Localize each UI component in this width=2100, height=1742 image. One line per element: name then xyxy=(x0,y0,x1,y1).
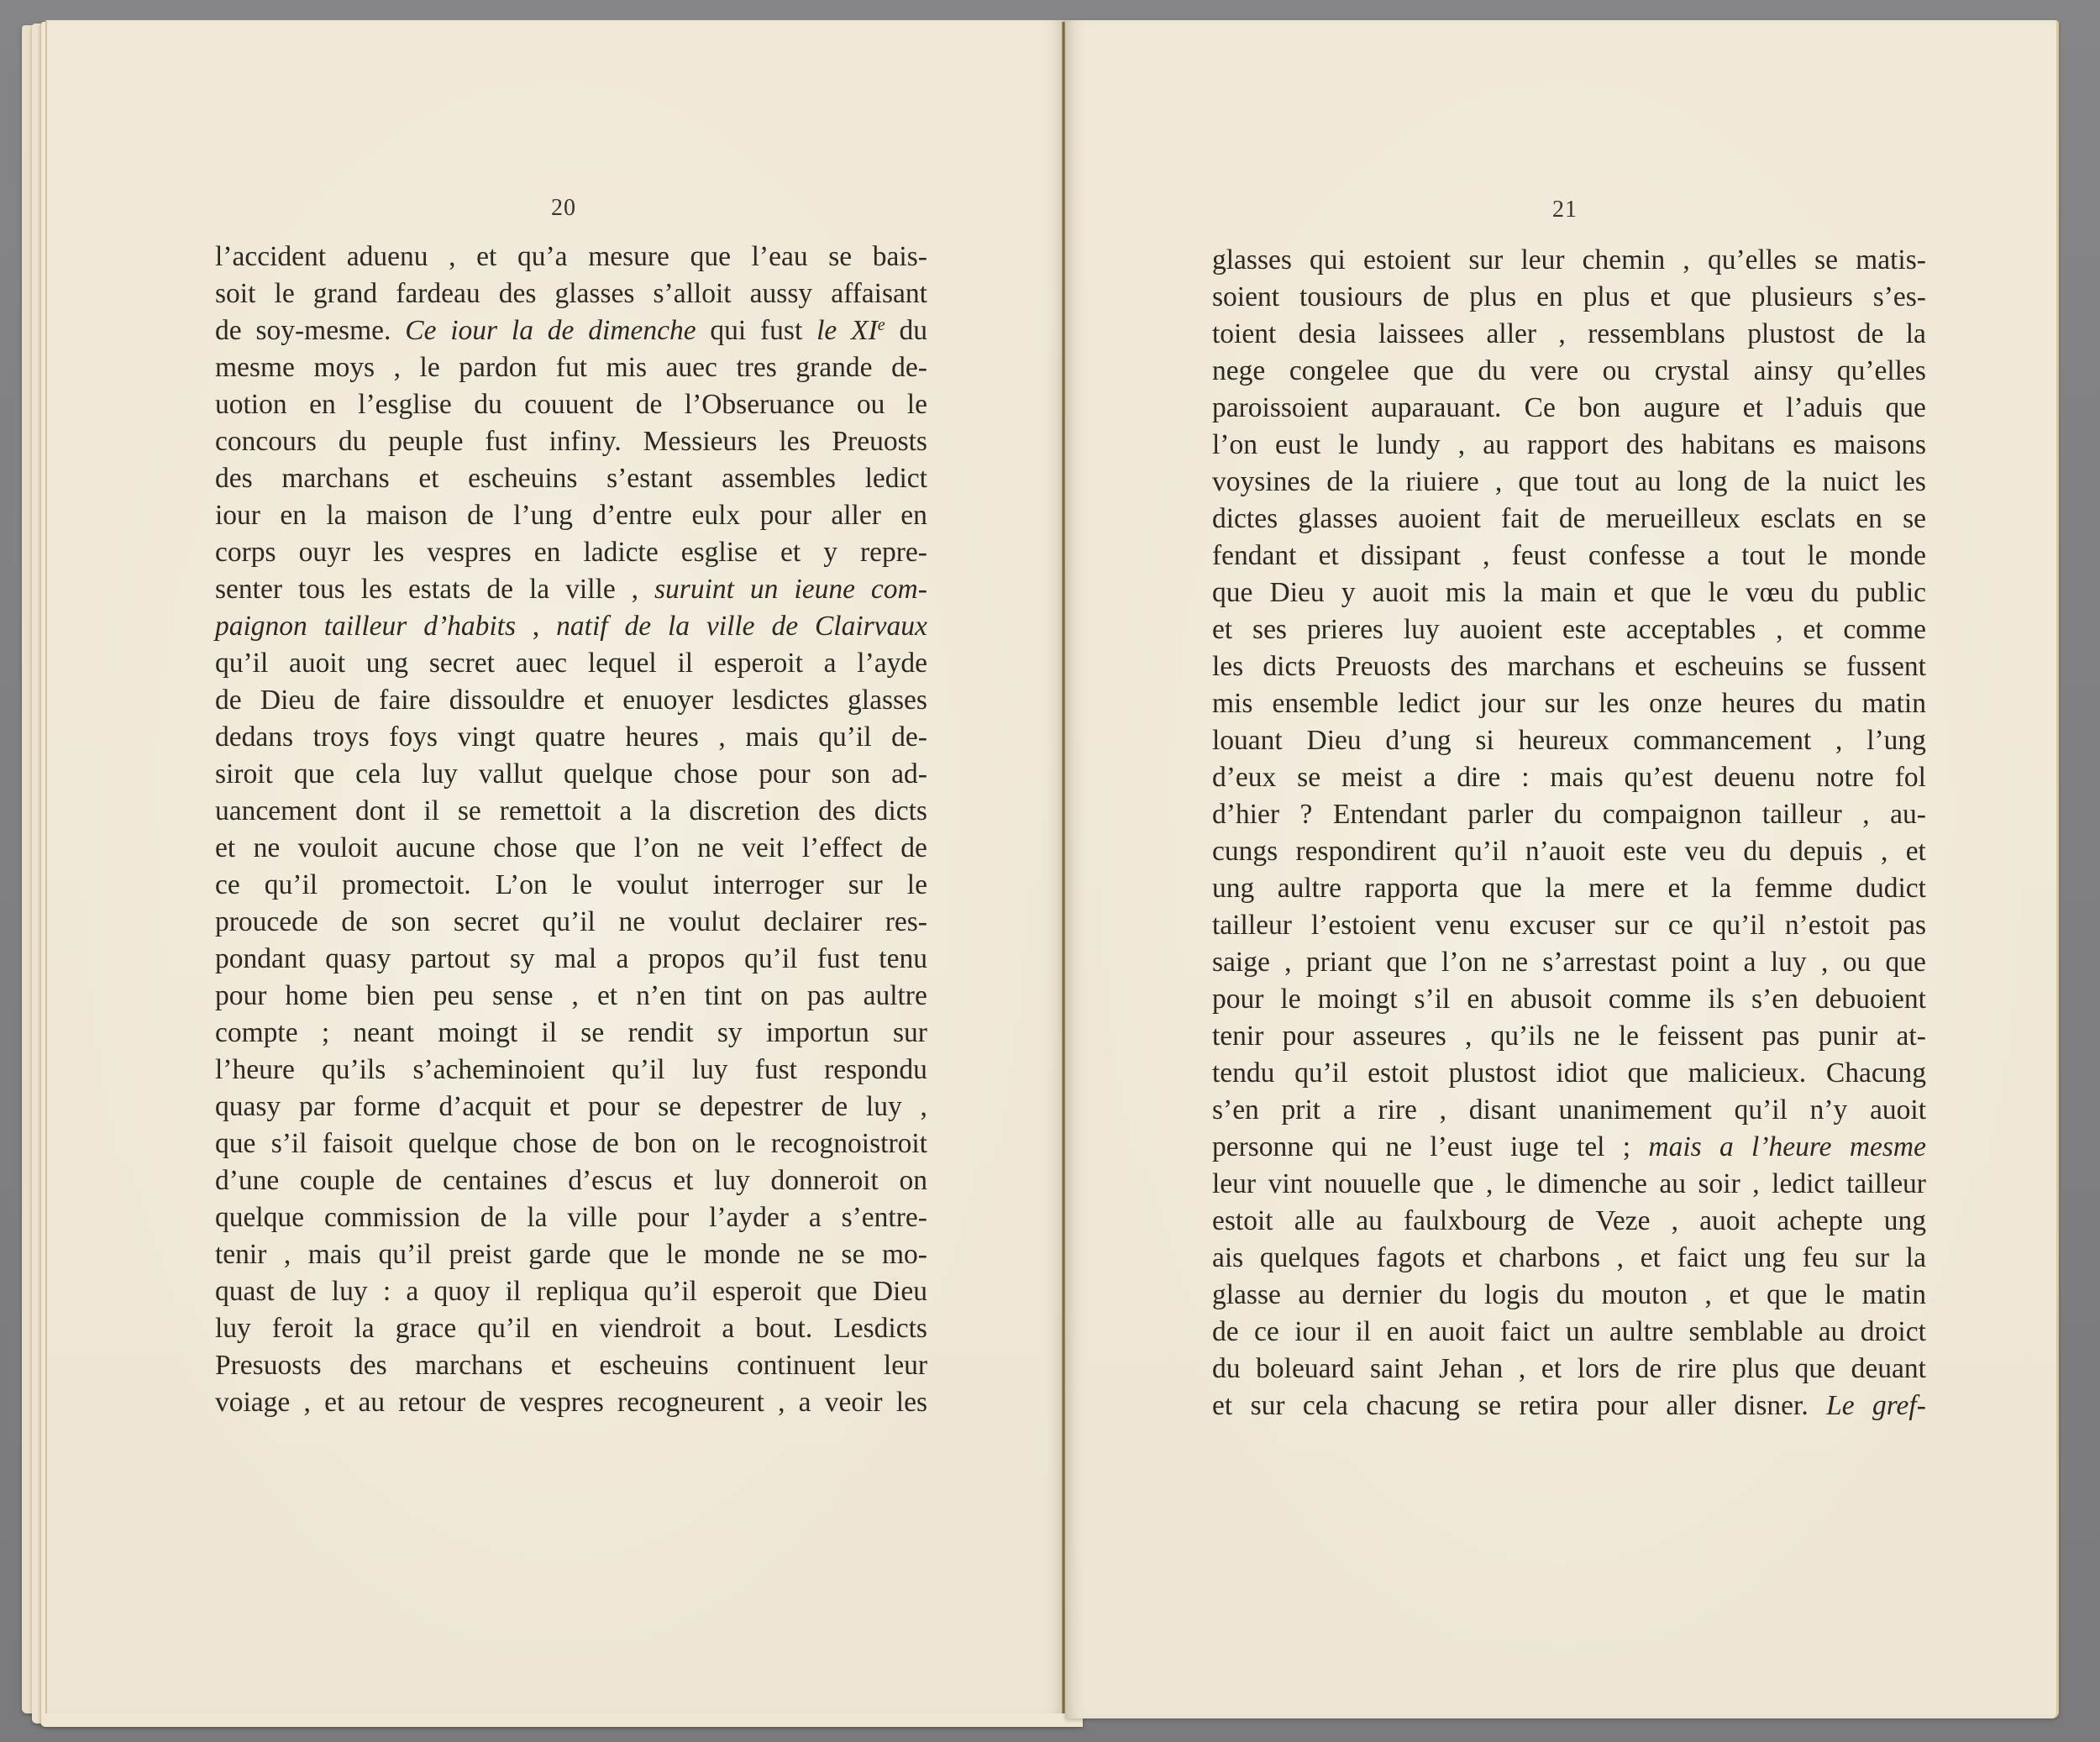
word: soit xyxy=(215,275,255,312)
text-line: personnequinel’eustiugetel;maisal’heurem… xyxy=(1212,1129,1926,1166)
word: lesdictes xyxy=(732,682,828,719)
word: semblable xyxy=(1689,1314,1803,1351)
word: lundy xyxy=(1376,427,1440,464)
word: deuenu xyxy=(1714,759,1795,796)
word: des xyxy=(349,1347,387,1384)
word: propos xyxy=(648,941,725,978)
word: aller xyxy=(831,497,881,534)
word: cela xyxy=(1303,1388,1348,1425)
word: le xyxy=(907,386,927,423)
word: d’hier xyxy=(1212,796,1279,833)
word: estoit xyxy=(1368,1055,1429,1092)
word: esperoit xyxy=(714,645,803,682)
word: s’es- xyxy=(1873,279,1926,316)
word: a xyxy=(722,1310,734,1347)
text-line: quasyparformed’acquitetpoursedepestrerde… xyxy=(215,1089,927,1125)
word: de xyxy=(1326,464,1353,501)
word: mis xyxy=(1446,575,1486,611)
word: de xyxy=(396,1162,423,1199)
word: en xyxy=(309,386,336,423)
word: , xyxy=(1465,1018,1472,1055)
word: dedans xyxy=(215,719,293,756)
word: ung xyxy=(366,645,408,682)
word: se xyxy=(580,1015,604,1052)
text-line: sentertouslesestatsdelaville,suruintunie… xyxy=(215,571,927,608)
word: iuge xyxy=(1510,1129,1559,1166)
word: que xyxy=(1691,279,1731,316)
word: du xyxy=(1811,575,1840,611)
text-line: deceiourilenauoitfaictunaultresemblablea… xyxy=(1212,1314,1926,1351)
word: la xyxy=(668,608,690,645)
word: Ce xyxy=(1525,390,1556,427)
word: sur xyxy=(1251,1388,1285,1425)
word: vint xyxy=(1268,1166,1312,1203)
word: a xyxy=(799,1384,811,1421)
word: chemin xyxy=(1583,242,1666,279)
word: glasses xyxy=(555,275,635,312)
word: quatre xyxy=(535,719,606,756)
word: boleuard xyxy=(1256,1351,1354,1388)
word: tout xyxy=(1575,464,1619,501)
text-line: louantDieud’ungsiheureuxcommancement,l’u… xyxy=(1212,722,1926,759)
word: personne xyxy=(1212,1129,1314,1166)
word: tailleur xyxy=(1846,1166,1926,1203)
word: et xyxy=(551,1347,571,1384)
word: aucune xyxy=(396,830,475,867)
word: leur xyxy=(1520,242,1564,279)
word: l’eust xyxy=(1430,1129,1492,1166)
word: plus xyxy=(1583,279,1630,316)
word: excuser xyxy=(1509,907,1595,944)
word: vespres xyxy=(519,1384,603,1421)
text-line: dedanstroysfoysvingtquatreheures,maisqu’… xyxy=(215,719,927,756)
word: uancement xyxy=(215,793,337,830)
word: qu’elles xyxy=(1837,353,1926,390)
word: ne xyxy=(254,830,281,867)
word: ung xyxy=(1884,1203,1926,1240)
word: qu’a xyxy=(517,239,568,275)
word: et xyxy=(1667,870,1688,907)
word: du xyxy=(1478,353,1506,390)
word: glasses xyxy=(848,682,927,719)
word: au xyxy=(1659,1166,1686,1203)
word: le xyxy=(816,312,837,349)
word: en xyxy=(900,497,927,534)
word: qui xyxy=(1331,1129,1368,1166)
word: que xyxy=(690,239,731,275)
word: qu’est xyxy=(1625,759,1693,796)
text-line: uancementdontilseremettoitaladiscretiond… xyxy=(215,793,927,830)
word: bien xyxy=(366,978,415,1015)
word: disner. xyxy=(1734,1388,1808,1425)
word: vere xyxy=(1530,353,1578,390)
word: iour xyxy=(1294,1314,1340,1351)
word: de- xyxy=(891,349,927,386)
text-line: voiage,etauretourdevespresrecogneurent,a… xyxy=(215,1384,927,1421)
word: l’heure xyxy=(215,1052,295,1089)
word: nege xyxy=(1212,353,1265,390)
word: dissipant xyxy=(1361,538,1461,575)
word: luy xyxy=(692,1052,728,1089)
word: natif xyxy=(556,608,607,645)
word: aller xyxy=(1666,1388,1716,1425)
word: , xyxy=(1862,796,1869,833)
word: glasses xyxy=(1298,501,1378,538)
word: sur xyxy=(893,1015,927,1052)
left-page-text: l’accidentaduenu,etqu’amesurequel’eauseb… xyxy=(215,239,927,1421)
word: , xyxy=(1821,944,1828,981)
word: de xyxy=(1548,1203,1575,1240)
word: que xyxy=(1795,1351,1835,1388)
word: mere xyxy=(1588,870,1645,907)
word: qu’il xyxy=(379,1236,432,1273)
word: la xyxy=(1503,575,1523,611)
word: Dieu xyxy=(873,1273,927,1310)
word: auoit xyxy=(1429,1314,1485,1351)
word: tel xyxy=(1577,1129,1604,1166)
word: bon xyxy=(1578,390,1620,427)
text-line: tailleurl’estoientvenuexcusersurcequ’iln… xyxy=(1212,907,1926,944)
word: , xyxy=(1705,1277,1712,1314)
word: rire xyxy=(1677,1351,1717,1388)
word: tout xyxy=(1741,538,1785,575)
text-line: tenduqu’ilestoitplustostidiotquemalicieu… xyxy=(1212,1055,1926,1092)
word: a xyxy=(1719,1129,1734,1166)
word: qu’il xyxy=(744,941,797,978)
word: tenu xyxy=(879,941,927,978)
word: rapport xyxy=(1527,427,1609,464)
word: , xyxy=(449,239,455,275)
word: com- xyxy=(871,571,927,608)
word: lors xyxy=(1578,1351,1620,1388)
word: mis xyxy=(606,349,647,386)
word: repre- xyxy=(860,534,927,571)
word: il xyxy=(1356,1314,1372,1351)
word: auoit xyxy=(289,645,345,682)
word: il xyxy=(506,1273,522,1310)
word: d’ung xyxy=(1385,722,1451,759)
word: louant xyxy=(1212,722,1283,759)
word: ce xyxy=(1254,1314,1279,1351)
word: que xyxy=(1651,575,1691,611)
word: et xyxy=(324,1384,344,1421)
word: cela xyxy=(355,756,401,793)
word: L’on xyxy=(496,867,548,904)
word: l’on xyxy=(1441,944,1487,981)
word: vespres xyxy=(427,534,511,571)
word: feroit xyxy=(272,1310,333,1347)
word: que xyxy=(816,1273,857,1310)
word: mo- xyxy=(882,1236,927,1273)
word: tres xyxy=(736,349,776,386)
word: l’effect xyxy=(802,830,883,867)
word: auparauant. xyxy=(1371,390,1501,427)
word: , xyxy=(1672,1203,1678,1240)
word: public xyxy=(1856,575,1926,611)
word: auoient xyxy=(1459,611,1542,648)
word: du xyxy=(339,423,367,460)
text-line: misensembleledictjoursurlesonzeheuresdum… xyxy=(1212,685,1926,722)
word: paignon xyxy=(215,608,307,645)
word: res- xyxy=(885,904,927,941)
word: onze xyxy=(1649,685,1702,722)
word: esperoit xyxy=(712,1273,801,1310)
word: prit xyxy=(1282,1092,1321,1129)
word: dicts xyxy=(874,793,927,830)
word: quelque xyxy=(215,1199,304,1236)
word: femme xyxy=(1755,870,1833,907)
word: luy xyxy=(215,1310,251,1347)
text-line: Presuostsdesmarchansetescheuinscontinuen… xyxy=(215,1347,927,1384)
word: abusoit xyxy=(1510,981,1592,1018)
word: eulx xyxy=(692,497,741,534)
text-line: etnevouloitaucunechosequel’onneveitl’eff… xyxy=(215,830,927,867)
word: malicieux. xyxy=(1688,1055,1806,1092)
word: en xyxy=(1856,501,1882,538)
word: grand xyxy=(313,275,377,312)
word: mal xyxy=(554,941,596,978)
word: leur xyxy=(1212,1166,1256,1203)
text-line: d’unecoupledecentainesd’escusetluydonner… xyxy=(215,1162,927,1199)
word: a xyxy=(809,1199,822,1236)
word: les xyxy=(896,1384,927,1421)
word: que xyxy=(575,830,616,867)
word: confesse xyxy=(1588,538,1685,575)
word: dictes xyxy=(1212,501,1278,538)
word: nouuelle xyxy=(1324,1166,1420,1203)
word: en xyxy=(1387,1314,1414,1351)
text-line: negecongeleequeduvereoucrystalainsyqu’el… xyxy=(1212,353,1926,390)
word: Preuosts xyxy=(1336,648,1431,685)
word: le xyxy=(1807,538,1827,575)
word: que xyxy=(1518,464,1558,501)
word: sur xyxy=(1468,242,1503,279)
word: vouloit xyxy=(298,830,378,867)
word: se xyxy=(1478,1388,1501,1425)
word: d’habits xyxy=(423,608,516,645)
word: se xyxy=(1297,759,1320,796)
word: se xyxy=(458,793,481,830)
word: centaines xyxy=(443,1162,548,1199)
word: vingt xyxy=(458,719,516,756)
word: tailleur xyxy=(1762,796,1842,833)
word: ouyr xyxy=(299,534,350,571)
word: de xyxy=(1635,1351,1662,1388)
word: du xyxy=(1814,685,1843,722)
word: que xyxy=(1482,870,1522,907)
word: pour xyxy=(1597,1388,1648,1425)
word: merueilleux xyxy=(1606,501,1740,538)
word: si xyxy=(1475,722,1494,759)
word: on xyxy=(899,1162,927,1199)
word: este xyxy=(1562,611,1606,648)
word: plusieurs xyxy=(1751,279,1853,316)
word: forme xyxy=(354,1089,421,1125)
word: ; xyxy=(322,1015,329,1052)
word: auec xyxy=(666,349,717,386)
word: importun xyxy=(766,1015,869,1052)
word: n’en xyxy=(636,978,686,1015)
word: , xyxy=(284,1236,291,1273)
word: moingt xyxy=(438,1015,517,1052)
word: gref- xyxy=(1872,1388,1926,1425)
word: achepte xyxy=(1777,1203,1862,1240)
word: faisoit xyxy=(323,1125,393,1162)
word: plus xyxy=(1732,1351,1779,1388)
word: veit xyxy=(742,830,784,867)
word: ses xyxy=(1252,611,1287,648)
word: paroissoient xyxy=(1212,390,1348,427)
word: la xyxy=(1369,464,1389,501)
word: , xyxy=(1752,1166,1759,1203)
text-line: saige,priantquel’onnes’arrestastpointalu… xyxy=(1212,944,1926,981)
word: , xyxy=(921,1089,927,1125)
word: pour xyxy=(215,978,266,1015)
word: promectoit. xyxy=(342,867,471,904)
word: compte xyxy=(215,1015,298,1052)
word: et xyxy=(1319,538,1339,575)
word: monde xyxy=(704,1236,780,1273)
word: et xyxy=(1212,611,1232,648)
word: de xyxy=(771,608,798,645)
word: l’on xyxy=(634,830,680,867)
word: l’ung xyxy=(1866,722,1926,759)
word: maisons xyxy=(1834,427,1926,464)
word: voysines xyxy=(1212,464,1310,501)
word: au- xyxy=(1890,796,1926,833)
word: l’eau xyxy=(752,239,808,275)
text-line: estoitalleaufaulxbourgdeVeze,auoitachept… xyxy=(1212,1203,1926,1240)
word: declairer xyxy=(764,904,862,941)
word: corps xyxy=(215,534,276,571)
word: la xyxy=(1786,464,1806,501)
word: : xyxy=(1521,759,1529,796)
word: le xyxy=(1280,981,1300,1018)
word: aduenu xyxy=(347,239,428,275)
word: de xyxy=(1744,464,1771,501)
word: ce xyxy=(215,867,240,904)
text-line: l’oneustlelundy,aurapportdeshabitansesma… xyxy=(1212,427,1926,464)
word: et xyxy=(1641,1240,1661,1277)
word: il xyxy=(423,793,439,830)
word: ledict xyxy=(865,460,927,497)
word: du xyxy=(1557,1277,1585,1314)
word: ville xyxy=(567,1199,617,1236)
word: matin xyxy=(1862,685,1926,722)
word: Veze xyxy=(1595,1203,1650,1240)
word: y xyxy=(823,534,837,571)
word: jour xyxy=(1480,685,1525,722)
word: pas xyxy=(807,978,845,1015)
text-line: voysinesdelariuiere,quetoutaulongdelanui… xyxy=(1212,464,1926,501)
word: luy xyxy=(1771,944,1807,981)
word: de xyxy=(467,497,494,534)
word: glasse xyxy=(1212,1277,1281,1314)
word: le xyxy=(666,1236,686,1273)
word: le xyxy=(420,349,440,386)
word: quast xyxy=(215,1273,275,1310)
word: proucede xyxy=(215,904,318,941)
text-line: proucededesonsecretqu’ilnevoulutdeclaire… xyxy=(215,904,927,941)
word: en xyxy=(1467,981,1494,1018)
word: dicts xyxy=(1263,648,1315,685)
word: escheuins xyxy=(468,460,577,497)
word: a xyxy=(617,941,629,978)
text-line: l’heurequ’ilss’acheminoientqu’illuyfustr… xyxy=(215,1052,927,1089)
word: faire xyxy=(379,682,430,719)
word: dissouldre xyxy=(449,682,565,719)
word: fust xyxy=(485,423,527,460)
word: , xyxy=(632,571,638,608)
word: commission xyxy=(324,1199,460,1236)
word: feu xyxy=(1803,1240,1839,1277)
word: luy xyxy=(332,1273,368,1310)
word: que xyxy=(294,756,334,793)
word: , xyxy=(778,1384,785,1421)
word: a xyxy=(1744,944,1756,981)
word: deuant xyxy=(1851,1351,1926,1388)
word: la xyxy=(1545,870,1565,907)
word: toient xyxy=(1212,316,1276,353)
word: , xyxy=(1683,242,1689,279)
word: nuict xyxy=(1823,464,1879,501)
word: et xyxy=(597,978,617,1015)
text-line: soienttousioursdeplusenplusetqueplusieur… xyxy=(1212,279,1926,316)
word: d’acquit xyxy=(438,1089,531,1125)
word: le xyxy=(275,275,295,312)
word: quasy xyxy=(215,1089,281,1125)
word: ne xyxy=(697,830,724,867)
text-line: siroitquecelaluyvallutquelquechosepourso… xyxy=(215,756,927,793)
word: le xyxy=(572,867,592,904)
word: Dieu xyxy=(260,682,315,719)
word: leur xyxy=(884,1347,927,1384)
word: ung xyxy=(1212,870,1254,907)
word: que xyxy=(1767,1277,1807,1314)
word: quasy xyxy=(325,941,391,978)
word: dimenche xyxy=(1538,1166,1647,1203)
word: la xyxy=(650,793,670,830)
word: viendroit xyxy=(599,1310,701,1347)
word: parler xyxy=(1467,796,1533,833)
word: qu’il xyxy=(215,645,268,682)
word: mesme xyxy=(215,349,295,386)
word: donneroit xyxy=(770,1162,878,1199)
word: des xyxy=(818,793,856,830)
word: le xyxy=(1505,1166,1525,1203)
word: charbons xyxy=(1499,1240,1600,1277)
word: matin xyxy=(1862,1277,1926,1314)
page-number-left: 20 xyxy=(551,195,576,222)
word: de xyxy=(1212,1314,1239,1351)
word: par xyxy=(299,1089,335,1125)
word: de xyxy=(900,830,927,867)
left-page: 20 l’accidentaduenu,etqu’amesurequel’eau… xyxy=(45,20,1065,1713)
word: luy xyxy=(866,1089,902,1125)
word: quelque xyxy=(564,756,653,793)
word: qu’il xyxy=(1454,833,1507,870)
word: concours xyxy=(215,423,317,460)
word: l’heure xyxy=(1751,1129,1832,1166)
word: tenir xyxy=(215,1236,266,1273)
word: venu xyxy=(1436,907,1490,944)
word: pour xyxy=(760,497,811,534)
word: s’en xyxy=(1212,1092,1259,1129)
word: que xyxy=(608,1236,648,1273)
word: et xyxy=(1541,1351,1562,1388)
word: s’arrestast xyxy=(1542,944,1656,981)
word: heureux xyxy=(1519,722,1609,759)
